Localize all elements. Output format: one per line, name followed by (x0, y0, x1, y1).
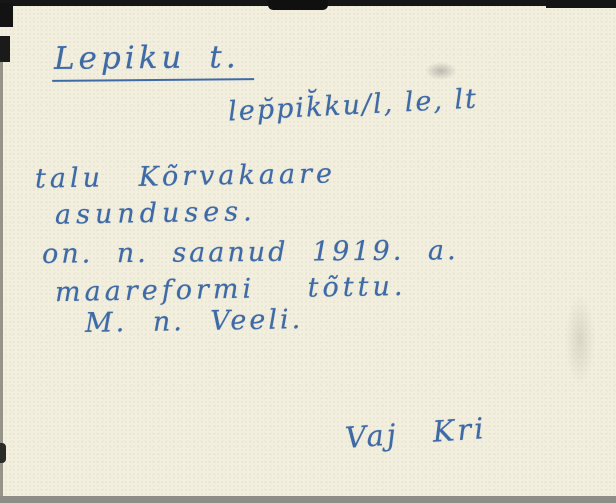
scanned-index-card: Lepiku t. lep̆pik̆ku/l, le, lt talu Kõrv… (0, 0, 616, 503)
body-text-line: talu Kõrvakaare (35, 158, 336, 194)
scan-top-edge-blob (546, 0, 616, 8)
scan-top-edge-blob (268, 0, 328, 10)
scan-left-edge-mark (0, 3, 13, 27)
card-title-place-name: Lepiku t. (52, 39, 254, 82)
scan-left-edge-line (0, 60, 3, 503)
scan-left-edge-mark (0, 36, 10, 62)
pencil-smudge (418, 58, 464, 84)
collector-signature: Vaj Kri (344, 411, 488, 455)
scan-shading (560, 280, 600, 400)
scan-bottom-edge-artifact (0, 496, 616, 503)
scan-left-edge-mark (0, 443, 6, 463)
pronunciation-notation-line: lep̆pik̆ku/l, le, lt (227, 83, 478, 127)
body-text-line: maareformi tõttu. (55, 271, 407, 308)
body-text-line: asunduses. (55, 196, 257, 231)
body-text-line: on. n. saanud 1919. a. (42, 235, 459, 270)
body-text-line: M. n. Veeli. (85, 304, 304, 339)
